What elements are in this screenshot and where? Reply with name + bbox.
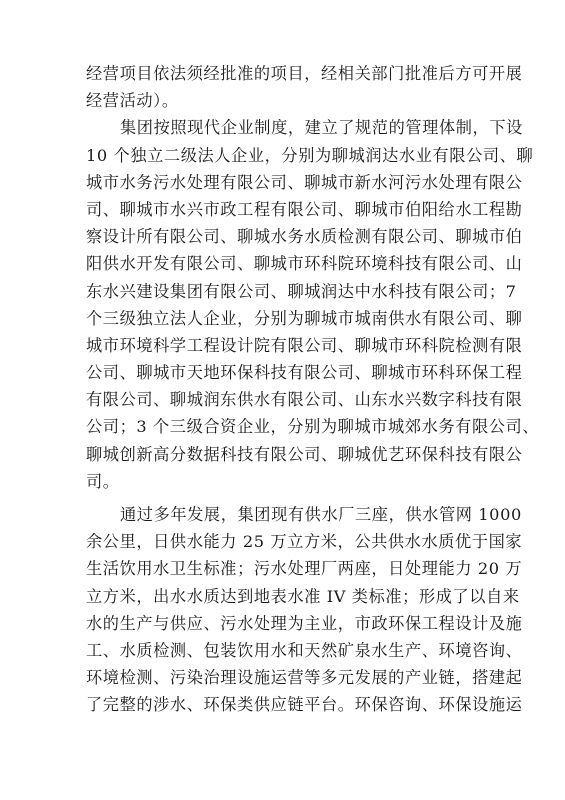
text-line: 经营活动）。 (86, 87, 486, 114)
text-line: 生活饮用水卫生标准；污水处理厂两座，日处理能力 20 万 (86, 555, 486, 582)
text-line: 有限公司、聊城润东供水有限公司、山东水兴数字科技有限 (86, 386, 486, 413)
text-line: 余公里，日供水能力 25 万立方米，公共供水水质优于国家 (86, 528, 486, 555)
text-line: 察设计所有限公司、聊城水务水质检测有限公司、聊城市伯 (86, 223, 486, 250)
text-line: 公司；3 个三级合资企业，分别为聊城市城郊水务有限公司、 (86, 413, 486, 440)
text-line: 集团按照现代企业制度，建立了规范的管理体制，下设 (86, 114, 486, 141)
text-line: 10 个独立二级法人企业，分别为聊城润达水业有限公司、聊 (86, 142, 486, 169)
text-line: 司、聊城市水兴市政工程有限公司、聊城市伯阳给水工程勘 (86, 196, 486, 223)
paragraph-1: 经营项目依法须经批准的项目，经相关部门批准后方可开展 经营活动）。 (86, 60, 486, 114)
text-line: 个三级独立法人企业，分别为聊城市城南供水有限公司、聊 (86, 305, 486, 332)
text-line: 水的生产与供应、污水处理为主业，市政环保工程设计及施 (86, 610, 486, 637)
text-line: 了完整的涉水、环保类供应链平台。环保咨询、环保设施运 (86, 691, 486, 718)
text-line: 立方米，出水水质达到地表水准 IV 类标准；形成了以自来 (86, 583, 486, 610)
text-line: 工、水质检测、包装饮用水和天然矿泉水生产、环境咨询、 (86, 637, 486, 664)
paragraph-3: 通过多年发展，集团现有供水厂三座，供水管网 1000 余公里，日供水能力 25 … (86, 501, 486, 719)
text-line: 环境检测、污染治理设施运营等多元发展的产业链，搭建起 (86, 664, 486, 691)
text-line: 公司、聊城市天地环保科技有限公司、聊城市环科环保工程 (86, 359, 486, 386)
text-line: 阳供水开发有限公司、聊城市环科院环境科技有限公司、山 (86, 250, 486, 277)
text-line: 司。 (86, 468, 486, 495)
document-page: 经营项目依法须经批准的项目，经相关部门批准后方可开展 经营活动）。 集团按照现代… (86, 60, 486, 719)
text-line: 通过多年发展，集团现有供水厂三座，供水管网 1000 (86, 501, 486, 528)
text-line: 城市环境科学工程设计院有限公司、聊城市环科院检测有限 (86, 332, 486, 359)
text-line: 城市水务污水处理有限公司、聊城市新水河污水处理有限公 (86, 169, 486, 196)
text-line: 聊城创新高分数据科技有限公司、聊城优艺环保科技有限公 (86, 441, 486, 468)
text-line: 经营项目依法须经批准的项目，经相关部门批准后方可开展 (86, 60, 486, 87)
paragraph-2: 集团按照现代企业制度，建立了规范的管理体制，下设 10 个独立二级法人企业，分别… (86, 114, 486, 495)
text-line: 东水兴建设集团有限公司、聊城润达中水科技有限公司；7 (86, 278, 486, 305)
